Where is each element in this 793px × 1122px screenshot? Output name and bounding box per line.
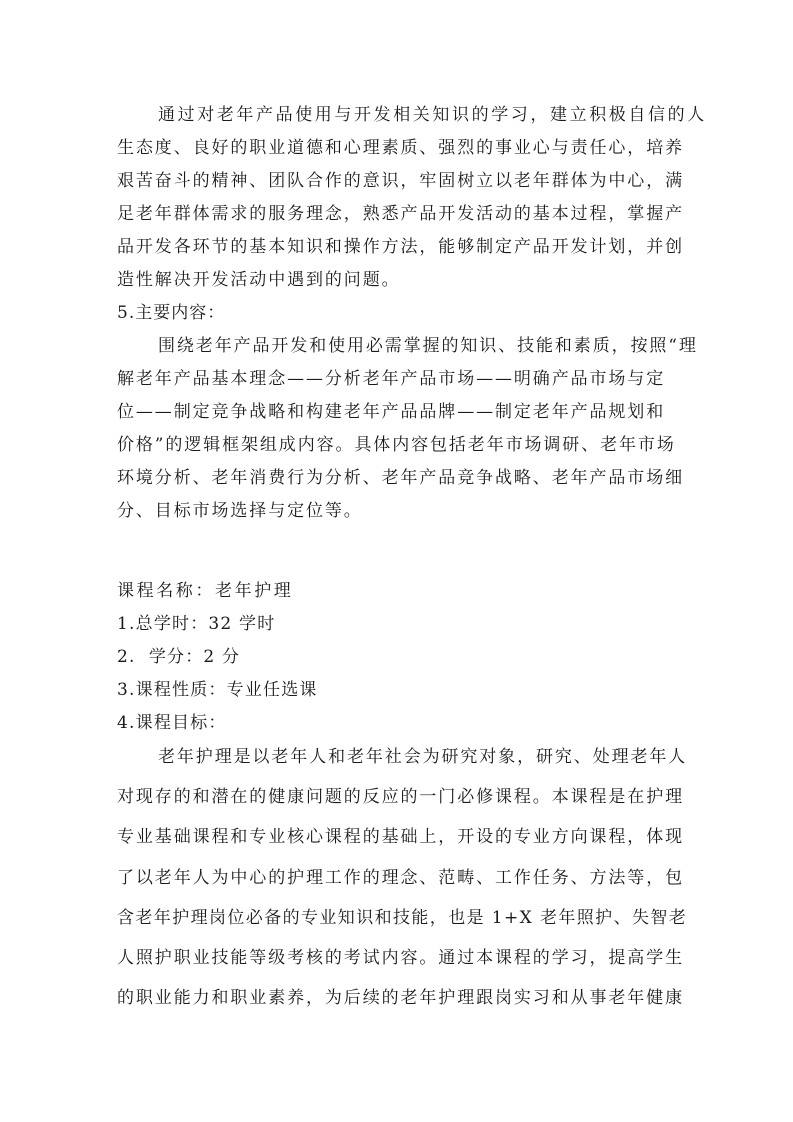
- content-paragraph-line: 解老年产品基本理念——分析老年产品市场——明确产品市场与定: [117, 364, 677, 394]
- course-goal-line: 的职业能力和职业素养，为后续的老年护理跟岗实习和从事老年健康: [117, 983, 677, 1013]
- course-nature: 3.课程性质：专业任选课: [117, 675, 677, 705]
- course-name: 课程名称：老年护理: [117, 576, 677, 606]
- content-paragraph-line: 分、目标市场选择与定位等。: [117, 496, 677, 526]
- goal-paragraph-line: 艰苦奋斗的精神、团队合作的意识，牢固树立以老年群体为中心，满: [117, 166, 677, 196]
- course-goal-line: 含老年护理岗位必备的专业知识和技能，也是 1+X 老年照护、失智老: [117, 903, 677, 933]
- goal-paragraph-line: 足老年群体需求的服务理念，熟悉产品开发活动的基本过程，掌握产: [117, 199, 677, 229]
- content-paragraph-line: 环境分析、老年消费行为分析、老年产品竞争战略、老年产品市场细: [117, 463, 677, 493]
- content-paragraph-line: 围绕老年产品开发和使用必需掌握的知识、技能和素质，按照“理: [158, 331, 678, 361]
- content-heading: 5.主要内容：: [117, 298, 677, 328]
- course-goal-line: 老年护理是以老年人和老年社会为研究对象，研究、处理老年人: [158, 742, 678, 772]
- goal-paragraph-line: 通过对老年产品使用与开发相关知识的学习，建立积极自信的人: [158, 100, 678, 130]
- course-goal-line: 人照护职业技能等级考核的考试内容。通过本课程的学习，提高学生: [117, 943, 677, 973]
- course-goal-line: 对现存的和潜在的健康问题的反应的一门必修课程。本课程是在护理: [117, 782, 677, 812]
- goal-paragraph-line: 造性解决开发活动中遇到的问题。: [117, 265, 677, 295]
- course-goal-line: 专业基础课程和专业核心课程的基础上，开设的专业方向课程，体现: [117, 822, 677, 852]
- goal-paragraph-line: 生态度、良好的职业道德和心理素质、强烈的事业心与责任心，培养: [117, 133, 677, 163]
- credits: 2. 学分：2 分: [117, 642, 677, 672]
- goal-heading: 4.课程目标：: [117, 708, 677, 738]
- course-goal-line: 了以老年人为中心的护理工作的理念、范畴、工作任务、方法等，包: [117, 863, 677, 893]
- total-hours: 1.总学时：32 学时: [117, 609, 677, 639]
- content-paragraph-line: 位——制定竞争战略和构建老年产品品牌——制定老年产品规划和: [117, 397, 677, 427]
- content-paragraph-line: 价格”的逻辑框架组成内容。具体内容包括老年市场调研、老年市场: [117, 430, 677, 460]
- goal-paragraph-line: 品开发各环节的基本知识和操作方法，能够制定产品开发计划，并创: [117, 232, 677, 262]
- document-page: 通过对老年产品使用与开发相关知识的学习，建立积极自信的人 生态度、良好的职业道德…: [0, 0, 793, 1122]
